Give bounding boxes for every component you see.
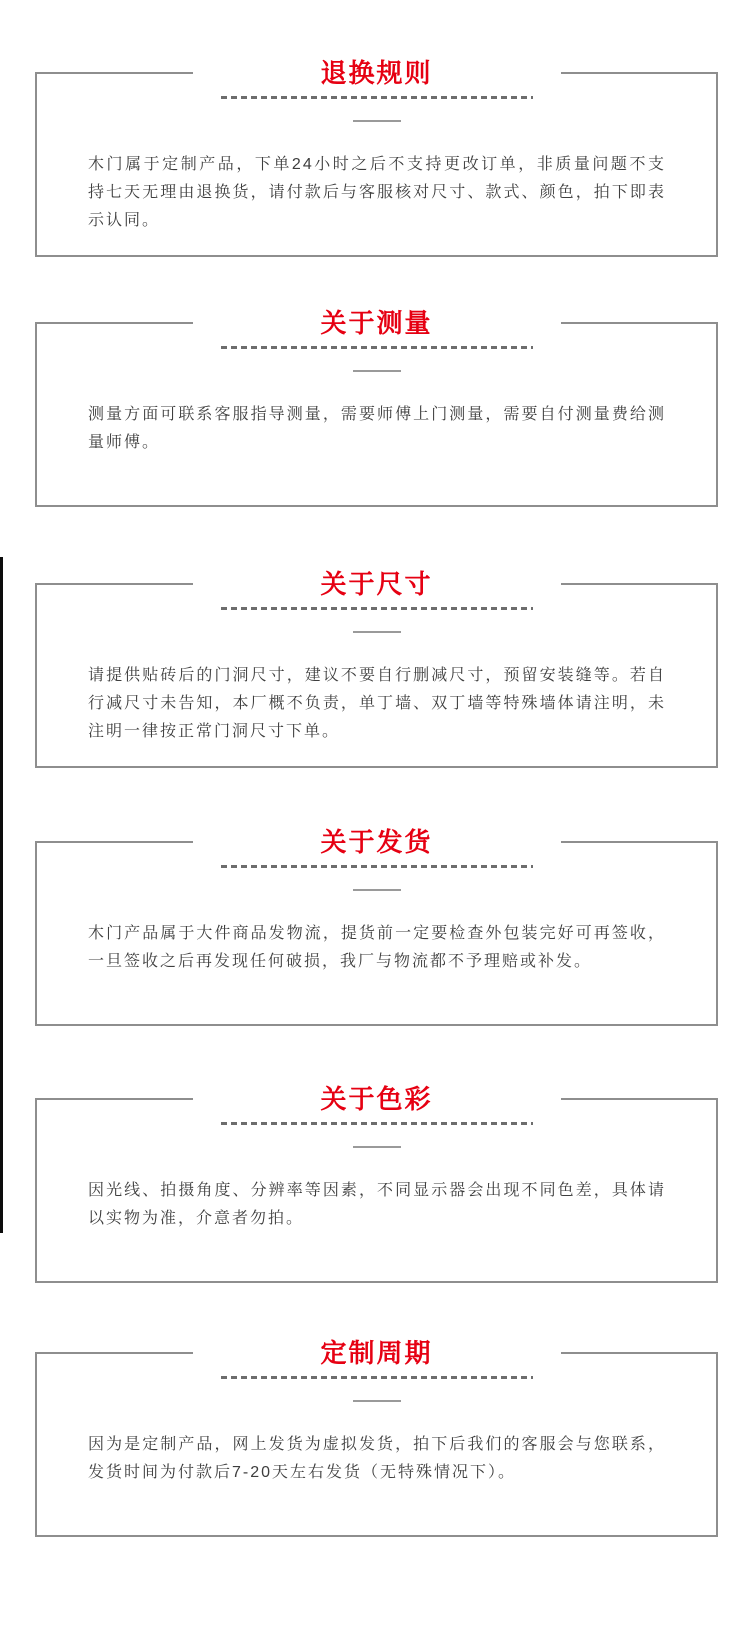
section-title-wrap: 关于测量 [192, 307, 560, 339]
section-body: 测量方面可联系客服指导测量，需要师傅上门测量，需要自付测量费给测量师傅。 [88, 401, 666, 457]
section-title-wrap: 关于色彩 [192, 1083, 560, 1115]
notice-card-return-rules: 退换规则 木门属于定制产品，下单24小时之后不支持更改订单，非质量问题不支持七天… [35, 72, 718, 257]
short-divider [353, 889, 401, 891]
dashed-divider [221, 607, 533, 610]
short-divider [353, 370, 401, 372]
section-title: 关于发货 [320, 826, 432, 858]
left-edge-black-bar [0, 557, 3, 1233]
short-divider [353, 1146, 401, 1148]
section-title: 定制周期 [320, 1337, 432, 1369]
product-notice-page: 退换规则 木门属于定制产品，下单24小时之后不支持更改订单，非质量问题不支持七天… [0, 0, 750, 1626]
notice-card-custom-cycle: 定制周期 因为是定制产品，网上发货为虚拟发货，拍下后我们的客服会与您联系，发货时… [35, 1352, 718, 1537]
short-divider [353, 631, 401, 633]
section-body: 请提供贴砖后的门洞尺寸，建议不要自行删减尺寸，预留安装缝等。若自行减尺寸未告知，… [88, 662, 666, 746]
dashed-divider [221, 1122, 533, 1125]
section-title: 关于测量 [320, 307, 432, 339]
section-title-wrap: 关于尺寸 [192, 568, 560, 600]
notice-card-size: 关于尺寸 请提供贴砖后的门洞尺寸，建议不要自行删减尺寸，预留安装缝等。若自行减尺… [35, 583, 718, 768]
section-body: 因为是定制产品，网上发货为虚拟发货，拍下后我们的客服会与您联系，发货时间为付款后… [88, 1431, 666, 1487]
section-title-wrap: 定制周期 [192, 1337, 560, 1369]
dashed-divider [221, 346, 533, 349]
dashed-divider [221, 1376, 533, 1379]
section-title: 关于尺寸 [320, 568, 432, 600]
section-body: 木门产品属于大件商品发物流，提货前一定要检查外包装完好可再签收，一旦签收之后再发… [88, 920, 666, 976]
section-title: 关于色彩 [320, 1083, 432, 1115]
notice-card-shipping: 关于发货 木门产品属于大件商品发物流，提货前一定要检查外包装完好可再签收，一旦签… [35, 841, 718, 1026]
section-title: 退换规则 [320, 57, 432, 89]
section-title-wrap: 退换规则 [192, 57, 560, 89]
dashed-divider [221, 96, 533, 99]
section-title-wrap: 关于发货 [192, 826, 560, 858]
short-divider [353, 120, 401, 122]
notice-card-color: 关于色彩 因光线、拍摄角度、分辨率等因素，不同显示器会出现不同色差，具体请以实物… [35, 1098, 718, 1283]
section-body: 因光线、拍摄角度、分辨率等因素，不同显示器会出现不同色差，具体请以实物为准，介意… [88, 1177, 666, 1233]
short-divider [353, 1400, 401, 1402]
dashed-divider [221, 865, 533, 868]
section-body: 木门属于定制产品，下单24小时之后不支持更改订单，非质量问题不支持七天无理由退换… [88, 151, 666, 235]
notice-card-measurement: 关于测量 测量方面可联系客服指导测量，需要师傅上门测量，需要自付测量费给测量师傅… [35, 322, 718, 507]
